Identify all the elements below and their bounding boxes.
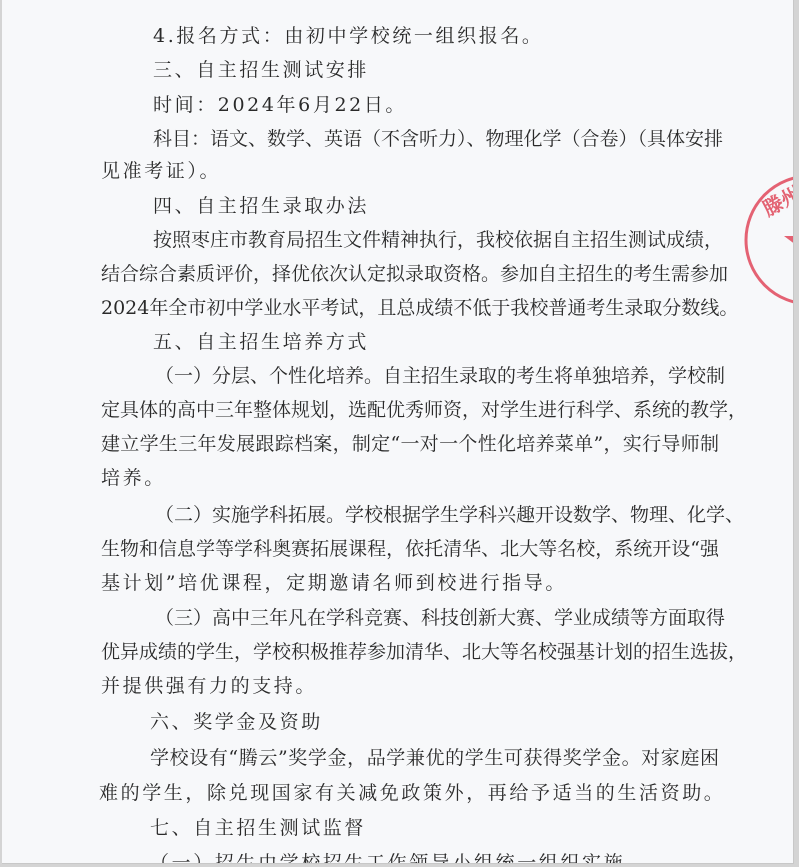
text-line: 培养。 [101, 466, 166, 490]
text-line: 按照枣庄市教育局招生文件精神执行，我校依据自主招生测试成绩， [153, 228, 719, 252]
section-heading: 七、自主招生测试监督 [150, 816, 366, 840]
text-line: 科目：语文、数学、英语（不含听力）、物理化学（合卷）（具体安排 [153, 127, 719, 151]
text-line: 并提供强有力的支持。 [101, 674, 317, 698]
section-heading: 三、自主招生测试安排 [153, 58, 369, 82]
text-line: 2024年全市初中学业水平考试，且总成绩不低于我校普通考生录取分数线。 [101, 296, 719, 320]
text-line: 生物和信息学等学科奥赛拓展课程，依托清华、北大等名校，系统开设“强 [101, 537, 719, 561]
text-line: 优异成绩的学生，学校积极推荐参加清华、北大等名校强基计划的招生选拔， [101, 640, 719, 664]
section-heading: 六、奖学金及资助 [150, 710, 323, 734]
text-line: 4.报名方式：由初中学校统一组织报名。 [153, 24, 544, 48]
text-line: 建立学生三年发展跟踪档案，制定“一对一个性化培养菜单”，实行导师制 [101, 432, 719, 456]
section-heading: 五、自主招生培养方式 [153, 330, 369, 354]
text-line: 学校设有“腾云”奖学金，品学兼优的学生可获得奖学金。对家庭困 [150, 746, 719, 770]
section-heading: 四、自主招生录取办法 [153, 194, 369, 218]
document-page: 4.报名方式：由初中学校统一组织报名。 三、自主招生测试安排 时间：2024年6… [2, 0, 794, 864]
text-line: 时间：2024年6月22日。 [153, 93, 407, 117]
text-line: 见准考证）。 [101, 159, 221, 183]
text-line: （一）招生由学校招生工作领导小组统一组织实施。 [150, 851, 647, 864]
seal-icon: 滕州市 [740, 170, 794, 310]
text-line: （一）分层、个性化培养。自主招生录取的考生将单独培养，学校制 [155, 364, 719, 388]
official-seal-stamp: 滕州市 [740, 170, 794, 310]
text-line: （二）实施学科拓展。学校根据学生学科兴趣开设数学、物理、化学、 [155, 503, 719, 527]
text-line: （三）高中三年凡在学科竞赛、科技创新大赛、学业成绩等方面取得 [155, 606, 719, 630]
text-line: 定具体的高中三年整体规划，选配优秀师资，对学生进行科学、系统的教学， [101, 398, 719, 422]
text-line: 结合综合素质评价，择优依次认定拟录取资格。参加自主招生的考生需参加 [101, 262, 719, 286]
text-line: 难的学生，除兑现国家有关减免政策外，再给予适当的生活资助。 [99, 781, 725, 805]
text-line: 基计划”培优课程，定期邀请名师到校进行指导。 [101, 571, 567, 595]
